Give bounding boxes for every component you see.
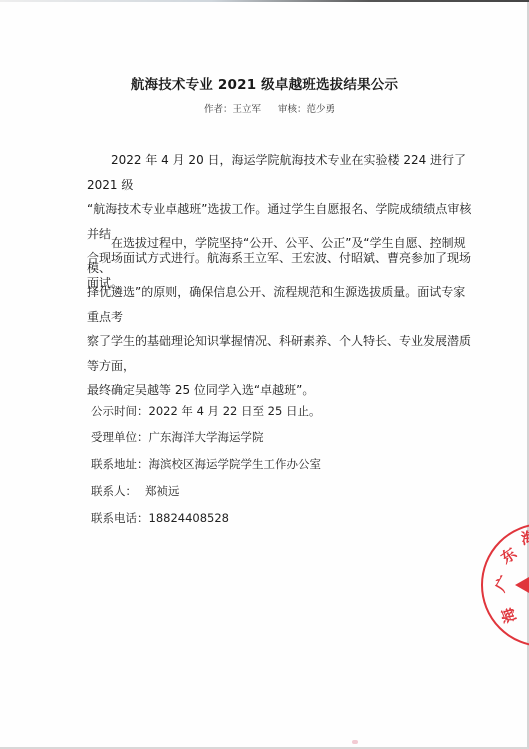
scan-speck bbox=[352, 740, 358, 744]
seal-star-icon bbox=[515, 577, 529, 593]
paragraph-2-line-3: 察了学生的基础理论知识掌握情况、科研素养、个人特长、专业发展潜质等方面， bbox=[87, 329, 472, 378]
seal-char-1: 广 bbox=[490, 572, 516, 596]
paragraph-2: 在选拔过程中，学院坚持“公开、公平、公正”及“学生自愿、控制规模、 择优遴选”的… bbox=[87, 231, 472, 403]
document-page: 航海技术专业 2021 级卓越班选拔结果公示 作者：王立军 审核：范少勇 202… bbox=[0, 0, 529, 749]
seal-char-2: 东 bbox=[496, 543, 520, 569]
reviewer-byline: 审核：范少勇 bbox=[278, 101, 335, 115]
info-contact-person: 联系人：郑祯远 bbox=[91, 483, 180, 499]
info-contact-address: 联系地址：海滨校区海运学院学生工作办公室 bbox=[91, 456, 321, 472]
info-handling-unit: 受理单位：广东海洋大学海运学院 bbox=[91, 429, 264, 445]
paragraph-2-line-2: 择优遴选”的原则，确保信息公开、流程规范和生源选拔质量。面试专家重点考 bbox=[87, 280, 472, 329]
paragraph-1-line-1: 2022 年 4 月 20 日，海运学院航海技术专业在实验楼 224 进行了 2… bbox=[87, 148, 472, 197]
author-byline: 作者：王立军 bbox=[204, 101, 261, 115]
paragraph-2-line-1: 在选拔过程中，学院坚持“公开、公平、公正”及“学生自愿、控制规模、 bbox=[87, 231, 472, 280]
seal-char-4: 海 bbox=[496, 605, 521, 626]
official-seal: 广 东 海 海 bbox=[481, 523, 529, 647]
info-contact-phone: 联系电话：18824408528 bbox=[91, 510, 229, 526]
document-title: 航海技术专业 2021 级卓越班选拔结果公示 bbox=[0, 73, 529, 93]
paragraph-2-line-4: 最终确定吴越等 25 位同学入选“卓越班”。 bbox=[87, 378, 472, 403]
info-announcement-period: 公示时间：2022 年 4 月 22 日至 25 日止。 bbox=[91, 403, 320, 419]
scan-edge bbox=[0, 0, 529, 2]
seal-char-3: 海 bbox=[519, 526, 529, 549]
